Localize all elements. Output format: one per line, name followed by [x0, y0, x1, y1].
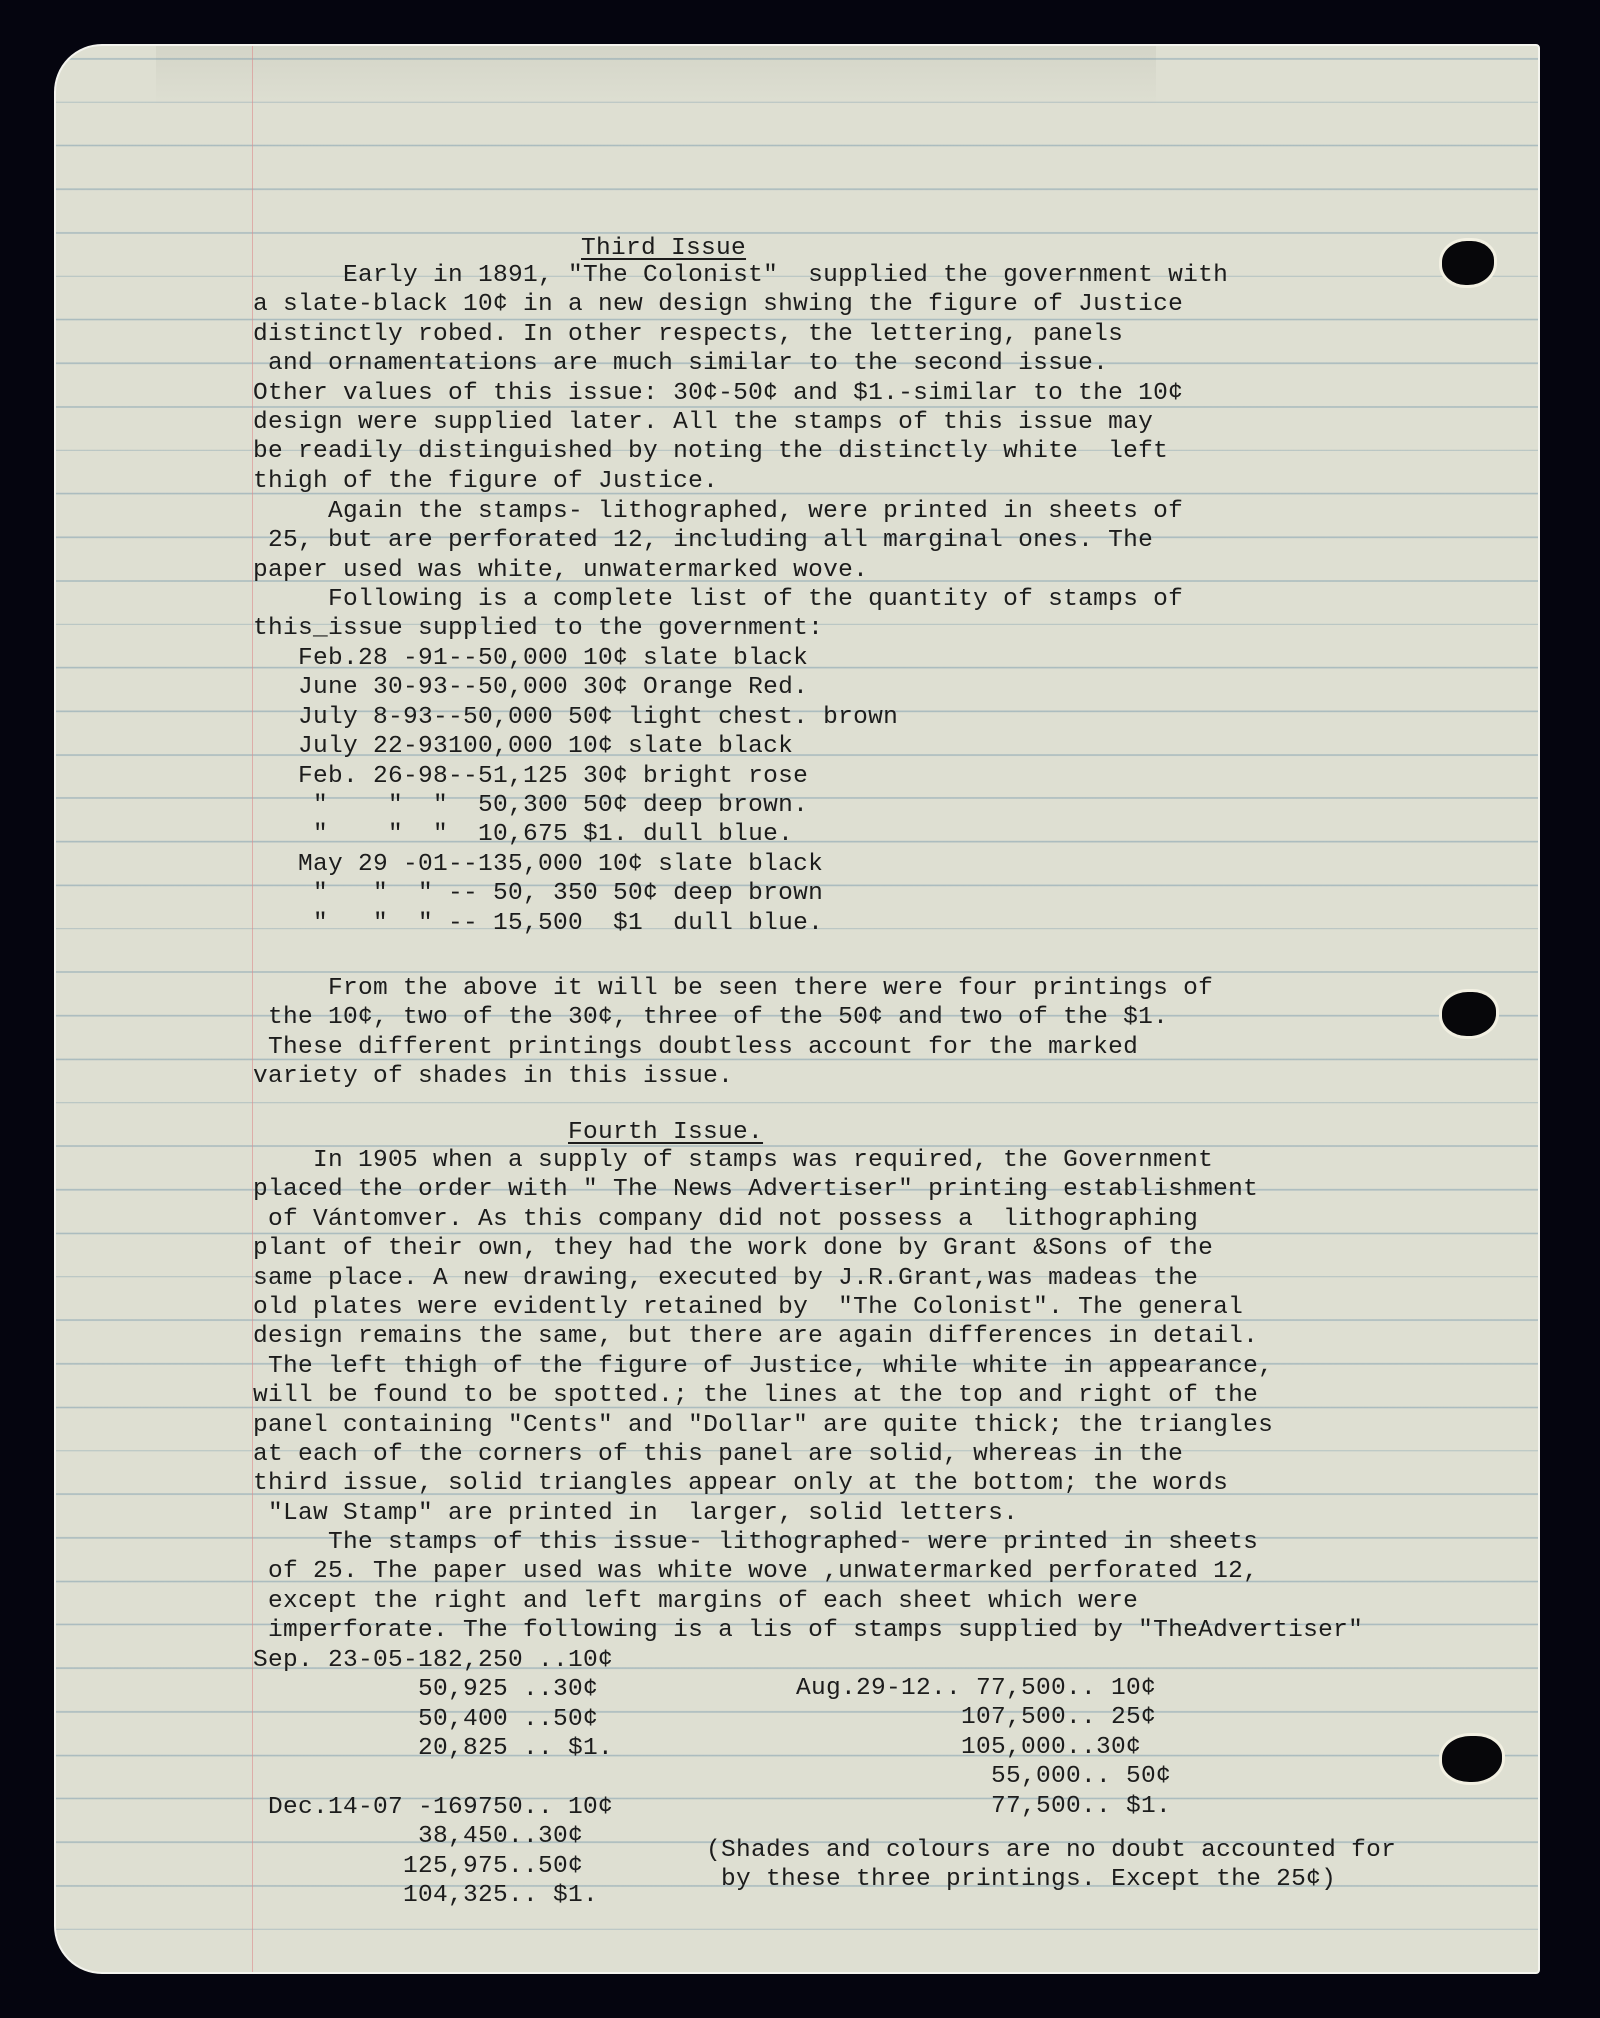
typed-line: design were supplied later. All the stam…	[253, 408, 1228, 437]
fourth-issue-paragraph-1: In 1905 when a supply of stamps was requ…	[253, 1146, 1273, 1528]
typed-line: In 1905 when a supply of stamps was requ…	[253, 1146, 1273, 1175]
typed-line: July 8-93--50,000 50¢ light chest. brown	[253, 703, 898, 732]
typed-line: old plates were evidently retained by "T…	[253, 1293, 1273, 1322]
typed-line: except the right and left margins of eac…	[253, 1587, 1363, 1616]
fourth-issue-heading: Fourth Issue.	[568, 1118, 763, 1147]
typed-line: " " " -- 15,500 $1 dull blue.	[253, 909, 898, 938]
punch-hole-middle	[1439, 989, 1499, 1039]
typed-line: June 30-93--50,000 30¢ Orange Red.	[253, 673, 898, 702]
typed-line: of Vántomver. As this company did not po…	[253, 1205, 1273, 1234]
typed-line: Sep. 23-05-182,250 ..10¢	[253, 1646, 613, 1675]
typed-line: Dec.14-07 -169750.. 10¢	[253, 1793, 613, 1822]
typed-line: be readily distinguished by noting the d…	[253, 437, 1228, 466]
typed-line: Other values of this issue: 30¢-50¢ and …	[253, 379, 1228, 408]
typed-line: Again the stamps- lithographed, were pri…	[253, 497, 1183, 526]
typed-line: placed the order with " The News Adverti…	[253, 1175, 1273, 1204]
typed-line: by these three printings. Except the 25¢…	[706, 1865, 1396, 1894]
typed-line: "Law Stamp" are printed in larger, solid…	[253, 1499, 1273, 1528]
typed-line	[253, 1764, 613, 1793]
typed-line: The stamps of this issue- lithographed- …	[253, 1528, 1363, 1557]
fourth-issue-printings-right: Aug.29-12.. 77,500.. 10¢ 107,500.. 25¢ 1…	[796, 1674, 1171, 1821]
typed-line: third issue, solid triangles appear only…	[253, 1469, 1273, 1498]
typed-line: and ornamentations are much similar to t…	[253, 349, 1228, 378]
typed-line: 77,500.. $1.	[796, 1792, 1171, 1821]
typed-line: 125,975..50¢	[253, 1852, 613, 1881]
typed-line: Early in 1891, "The Colonist" supplied t…	[253, 261, 1228, 290]
typed-page: Third Issue Early in 1891, "The Colonist…	[54, 44, 1540, 1974]
typed-line: design remains the same, but there are a…	[253, 1322, 1273, 1351]
typed-line: " " " 50,300 50¢ deep brown.	[253, 791, 898, 820]
third-issue-heading: Third Issue	[581, 234, 746, 263]
typed-line: of 25. The paper used was white wove ,un…	[253, 1557, 1363, 1586]
typed-line: imperforate. The following is a lis of s…	[253, 1616, 1363, 1645]
typed-line: 38,450..30¢	[253, 1822, 613, 1851]
typed-line: July 22-93100,000 10¢ slate black	[253, 732, 898, 761]
typed-line: May 29 -01--135,000 10¢ slate black	[253, 850, 898, 879]
fourth-issue-printings-left: Sep. 23-05-182,250 ..10¢ 50,925 ..30¢ 50…	[253, 1646, 613, 1911]
typed-line: 50,400 ..50¢	[253, 1705, 613, 1734]
typed-line: Aug.29-12.. 77,500.. 10¢	[796, 1674, 1171, 1703]
typed-line: 55,000.. 50¢	[796, 1762, 1171, 1791]
typed-line: These different printings doubtless acco…	[253, 1033, 1213, 1062]
typed-line: this_issue supplied to the government:	[253, 614, 1183, 643]
typed-line: 50,925 ..30¢	[253, 1675, 613, 1704]
typed-line: Feb. 26-98--51,125 30¢ bright rose	[253, 762, 898, 791]
typed-line: From the above it will be seen there wer…	[253, 974, 1213, 1003]
typed-line: 105,000..30¢	[796, 1733, 1171, 1762]
typed-line: a slate-black 10¢ in a new design shwing…	[253, 290, 1228, 319]
typed-line: paper used was white, unwatermarked wove…	[253, 556, 1183, 585]
typed-line: 25, but are perforated 12, including all…	[253, 526, 1183, 555]
typed-line: panel containing "Cents" and "Dollar" ar…	[253, 1411, 1273, 1440]
typed-line: Feb.28 -91--50,000 10¢ slate black	[253, 644, 898, 673]
punch-hole-bottom	[1439, 1733, 1505, 1785]
typed-line: 20,825 .. $1.	[253, 1734, 613, 1763]
typed-line: Following is a complete list of the quan…	[253, 585, 1183, 614]
typed-line: The left thigh of the figure of Justice,…	[253, 1352, 1273, 1381]
typed-line: 104,325.. $1.	[253, 1881, 613, 1910]
fourth-issue-paragraph-2: The stamps of this issue- lithographed- …	[253, 1528, 1363, 1646]
typed-line: at each of the corners of this panel are…	[253, 1440, 1273, 1469]
typed-line: thigh of the figure of Justice.	[253, 467, 1228, 496]
third-issue-paragraph-4: From the above it will be seen there wer…	[253, 974, 1213, 1092]
typed-line: 107,500.. 25¢	[796, 1703, 1171, 1732]
typed-line: distinctly robed. In other respects, the…	[253, 320, 1228, 349]
third-issue-supply-list: Feb.28 -91--50,000 10¢ slate black June …	[253, 644, 898, 938]
third-issue-paragraph-3: Following is a complete list of the quan…	[253, 585, 1183, 644]
typed-line: " " " 10,675 $1. dull blue.	[253, 820, 898, 849]
fourth-issue-note: (Shades and colours are no doubt account…	[706, 1836, 1396, 1895]
typed-line: the 10¢, two of the 30¢, three of the 50…	[253, 1003, 1213, 1032]
typed-line: " " " -- 50, 350 50¢ deep brown	[253, 879, 898, 908]
third-issue-paragraph-2: Again the stamps- lithographed, were pri…	[253, 497, 1183, 585]
typed-line: will be found to be spotted.; the lines …	[253, 1381, 1273, 1410]
typed-line: plant of their own, they had the work do…	[253, 1234, 1273, 1263]
typed-line: (Shades and colours are no doubt account…	[706, 1836, 1396, 1865]
typed-line: same place. A new drawing, executed by J…	[253, 1264, 1273, 1293]
punch-hole-top	[1439, 238, 1497, 288]
typed-line: variety of shades in this issue.	[253, 1062, 1213, 1091]
third-issue-paragraph-1: Early in 1891, "The Colonist" supplied t…	[253, 261, 1228, 496]
